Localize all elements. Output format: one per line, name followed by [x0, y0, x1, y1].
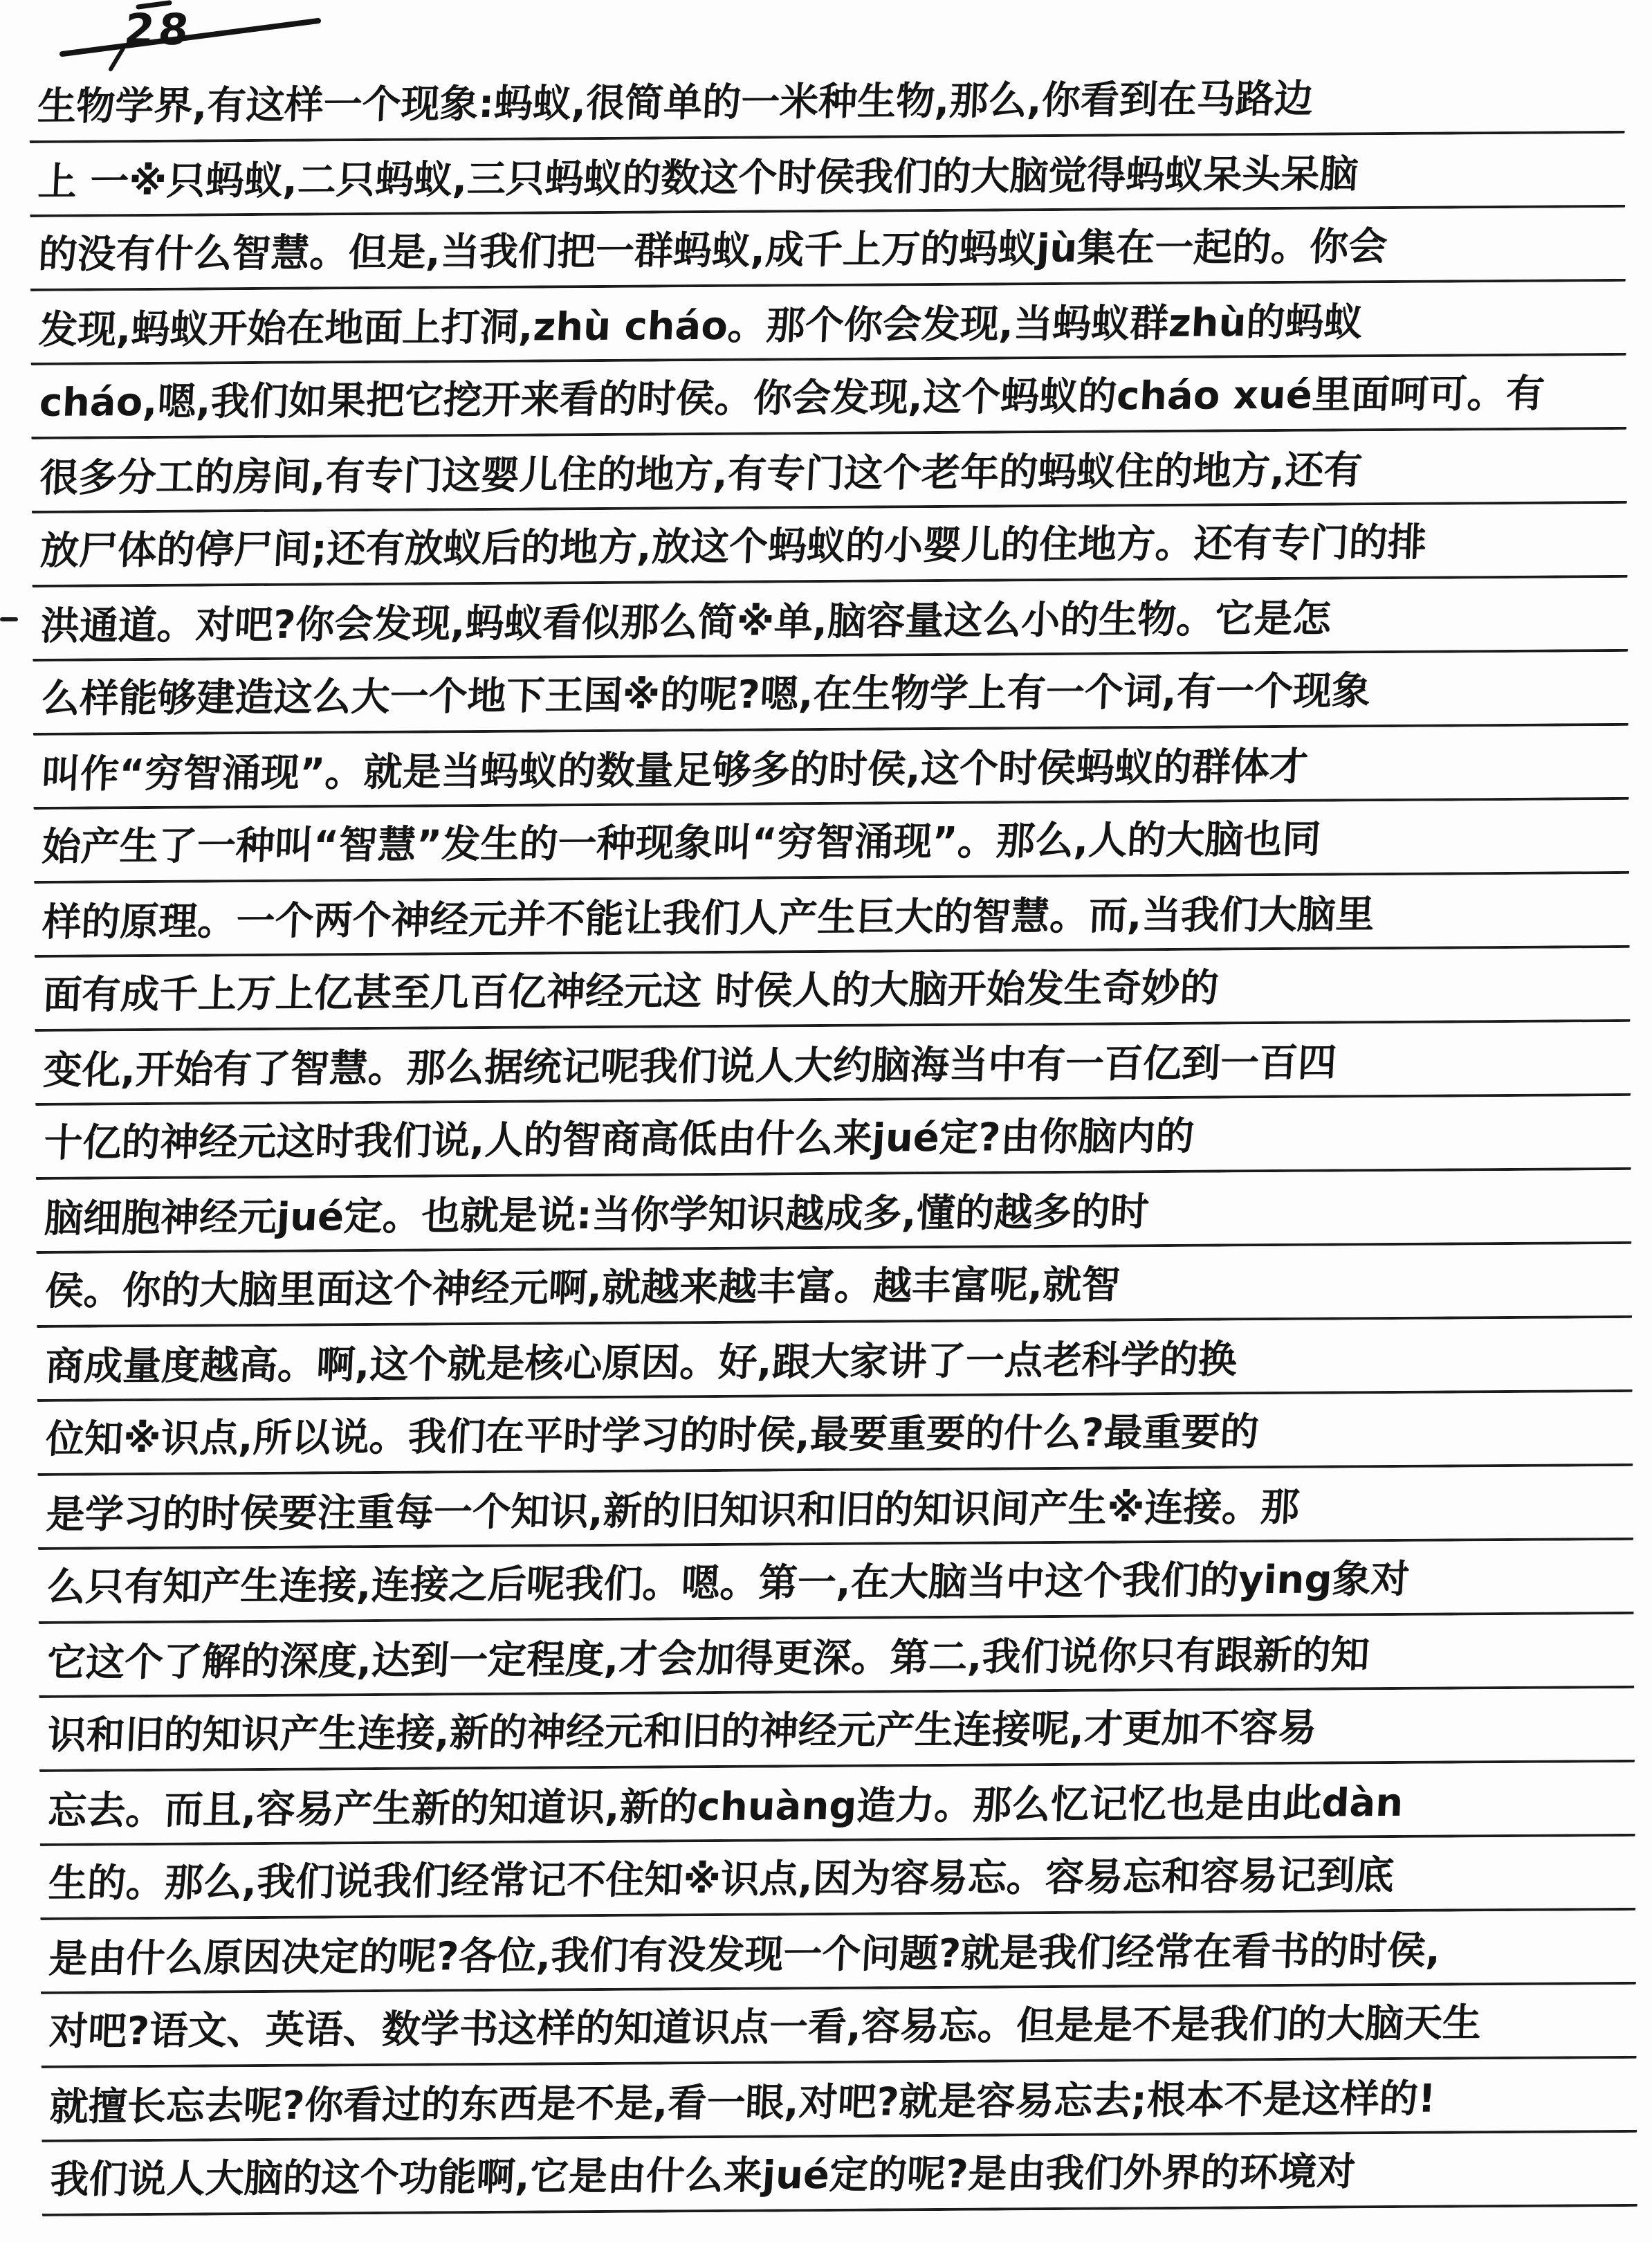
- line-text: 侯。你的大脑里面这个神经元啊,就越来越丰富。越丰富呢,就智: [44, 1253, 1122, 1324]
- line-text: 变化,开始有了智慧。那么据统记呢我们说人大约脑海当中有一百亿到一百四: [42, 1031, 1339, 1102]
- handwritten-line: 位知※识点,所以说。我们在平时学习的时侯,最要重要的什么?最重要的: [37, 1392, 1633, 1476]
- handwritten-line: 样的原理。一个两个神经元并不能让我们人产生巨大的智慧。而,当我们大脑里: [34, 874, 1630, 958]
- line-text: 忘去。而且,容易产生新的知道识,新的chuàng造力。那么忆记忆也是由此dàn: [46, 1771, 1404, 1843]
- handwritten-line: 变化,开始有了智慧。那么据统记呢我们说人大约脑海当中有一百亿到一百四: [35, 1022, 1631, 1106]
- line-text: 是由什么原因决定的呢?各位,我们有没发现一个问题?就是我们经常在看书的时侯,: [47, 1920, 1442, 1992]
- line-text: 叫作“穷智涌现”。就是当蚂蚁的数量足够多的时侯,这个时侯蚂蚁的群体才: [40, 736, 1310, 807]
- line-text: 十亿的神经元这时我们说,人的智商高低由什么来jué定?由你脑内的: [42, 1105, 1195, 1176]
- handwritten-page: 28 生物学界,有这样一个现象:蚂蚁,很简单的一米种生物,那么,你看到在马路边上…: [0, 0, 1652, 2242]
- handwritten-line: 对吧?语文、英语、数学书这样的知道识点一看,容易忘。但是是不是我们的大脑天生: [41, 1985, 1637, 2068]
- handwritten-line: 识和旧的知识产生连接,新的神经元和旧的神经元产生连接呢,才更加不容易: [39, 1688, 1635, 1772]
- handwritten-line: 放尸体的停尸间;还有放蚁后的地方,放这个蚂蚁的小婴儿的住地方。还有专门的排: [32, 504, 1628, 587]
- line-text: 么只有知产生连接,连接之后呢我们。嗯。第一,在大脑当中这个我们的ying象对: [45, 1548, 1411, 1620]
- line-text: 位知※识点,所以说。我们在平时学习的时侯,最要重要的什么?最重要的: [44, 1401, 1260, 1472]
- handwritten-line: 发现,蚂蚁开始在地面上打洞,zhù cháo。那个你会发现,当蚂蚁群zhù的蚂蚁: [30, 282, 1626, 365]
- line-text: 就擅长忘去呢?你看过的东西是不是,看一眼,对吧?就是容易忘去;根本不是这样的!: [48, 2068, 1438, 2140]
- handwritten-line: cháo,嗯,我们如果把它挖开来看的时侯。你会发现,这个蚂蚁的cháo xué里…: [31, 356, 1627, 439]
- line-text: 面有成千上万上亿甚至几百亿神经元这 时侯人的大脑开始发生奇妙的: [42, 957, 1220, 1028]
- line-text: 始产生了一种叫“智慧”发生的一种现象叫“穷智涌现”。那么,人的大脑也同: [41, 808, 1323, 880]
- handwritten-line: 面有成千上万上亿甚至几百亿神经元这 时侯人的大脑开始发生奇妙的: [35, 948, 1631, 1032]
- line-text: 上 一※只蚂蚁,二只蚂蚁,三只蚂蚁的数这个时侯我们的大脑觉得蚂蚁呆头呆脑: [37, 143, 1360, 215]
- line-text: 生物学界,有这样一个现象:蚂蚁,很简单的一米种生物,那么,你看到在马路边: [36, 68, 1314, 139]
- handwritten-line: 的没有什么智慧。但是,当我们把一群蚂蚁,成千上万的蚂蚁jù集在一起的。你会: [30, 208, 1626, 291]
- handwritten-line: 叫作“穷智涌现”。就是当蚂蚁的数量足够多的时侯,这个时侯蚂蚁的群体才: [33, 726, 1629, 810]
- line-text: 识和旧的知识产生连接,新的神经元和旧的神经元产生连接呢,才更加不容易: [46, 1697, 1319, 1768]
- line-text: 的没有什么智慧。但是,当我们把一群蚂蚁,成千上万的蚂蚁jù集在一起的。你会: [37, 215, 1389, 287]
- line-text: 放尸体的停尸间;还有放蚁后的地方,放这个蚂蚁的小婴儿的住地方。还有专门的排: [39, 511, 1428, 583]
- line-text: 很多分工的房间,有专门这婴儿住的地方,有专门这个老年的蚂蚁住的地方,还有: [38, 439, 1364, 511]
- line-text: 发现,蚂蚁开始在地面上打洞,zhù cháo。那个你会发现,当蚂蚁群zhù的蚂蚁: [37, 291, 1364, 363]
- handwritten-line: 十亿的神经元这时我们说,人的智商高低由什么来jué定?由你脑内的: [35, 1096, 1631, 1180]
- line-text: 是学习的时侯要注重每一个知识,新的旧知识和旧的知识间产生※连接。那: [45, 1476, 1301, 1547]
- line-text: 洪通道。对吧?你会发现,蚂蚁看似那么简※单,脑容量这么小的生物。它是怎: [39, 587, 1333, 659]
- line-text: 对吧?语文、英语、数学书这样的知道识点一看,容易忘。但是是不是我们的大脑天生: [48, 1992, 1483, 2064]
- handwritten-line: 我们说人大脑的这个功能啊,它是由什么来jué定的呢?是由我们外界的环境对: [42, 2133, 1637, 2216]
- handwritten-line: 脑细胞神经元jué定。也就是说:当你学知识越成多,懂的越多的时: [36, 1170, 1632, 1254]
- line-text: 它这个了解的深度,达到一定程度,才会加得更深。第二,我们说你只有跟新的知: [46, 1623, 1371, 1695]
- handwritten-line: 商成量度越高。啊,这个就是核心原因。好,跟大家讲了一点老科学的换: [37, 1318, 1633, 1402]
- handwritten-line: 上 一※只蚂蚁,二只蚂蚁,三只蚂蚁的数这个时侯我们的大脑觉得蚂蚁呆头呆脑: [30, 134, 1626, 217]
- handwritten-line: 是由什么原因决定的呢?各位,我们有没发现一个问题?就是我们经常在看书的时侯,: [40, 1911, 1636, 1994]
- line-text: 脑细胞神经元jué定。也就是说:当你学知识越成多,懂的越多的时: [43, 1181, 1150, 1251]
- handwritten-line: 忘去。而且,容易产生新的知道识,新的chuàng造力。那么忆记忆也是由此dàn: [39, 1762, 1635, 1846]
- handwritten-line: 么只有知产生连接,连接之后呢我们。嗯。第一,在大脑当中这个我们的ying象对: [38, 1540, 1634, 1624]
- handwritten-line: 生的。那么,我们说我们经常记不住知※识点,因为容易忘。容易忘和容易记到底: [40, 1837, 1636, 1920]
- handwritten-line: 它这个了解的深度,达到一定程度,才会加得更深。第二,我们说你只有跟新的知: [39, 1614, 1635, 1698]
- text-body: 生物学界,有这样一个现象:蚂蚁,很简单的一米种生物,那么,你看到在马路边上 一※…: [29, 60, 1637, 2216]
- handwritten-line: 就擅长忘去呢?你看过的东西是不是,看一眼,对吧?就是容易忘去;根本不是这样的!: [42, 2059, 1637, 2142]
- page-header: 28: [42, 0, 387, 76]
- line-text: cháo,嗯,我们如果把它挖开来看的时侯。你会发现,这个蚂蚁的cháo xué里…: [38, 363, 1546, 435]
- handwritten-line: 是学习的时侯要注重每一个知识,新的旧知识和旧的知识间产生※连接。那: [37, 1466, 1633, 1550]
- handwritten-line: 生物学界,有这样一个现象:蚂蚁,很简单的一米种生物,那么,你看到在马路边: [29, 60, 1625, 143]
- line-text: 么样能够建造这么大一个地下王国※的呢?嗯,在生物学上有一个词,有一个现象: [39, 659, 1372, 731]
- handwritten-line: 侯。你的大脑里面这个神经元啊,就越来越丰富。越丰富呢,就智: [36, 1244, 1632, 1328]
- line-text: 生的。那么,我们说我们经常记不住知※识点,因为容易忘。容易忘和容易记到底: [47, 1844, 1395, 1916]
- line-text: 样的原理。一个两个神经元并不能让我们人产生巨大的智慧。而,当我们大脑里: [41, 883, 1376, 955]
- handwritten-line: 么样能够建造这么大一个地下王国※的呢?嗯,在生物学上有一个词,有一个现象: [33, 652, 1628, 736]
- line-text: 我们说人大脑的这个功能啊,它是由什么来jué定的呢?是由我们外界的环境对: [49, 2140, 1357, 2212]
- handwritten-line: 很多分工的房间,有专门这婴儿住的地方,有专门这个老年的蚂蚁住的地方,还有: [31, 430, 1627, 513]
- strikethrough-mark: [42, 0, 387, 76]
- line-text: 商成量度越高。啊,这个就是核心原因。好,跟大家讲了一点老科学的换: [44, 1328, 1238, 1399]
- margin-tick: [0, 617, 18, 621]
- handwritten-line: 洪通道。对吧?你会发现,蚂蚁看似那么简※单,脑容量这么小的生物。它是怎: [33, 578, 1628, 662]
- handwritten-line: 始产生了一种叫“智慧”发生的一种现象叫“穷智涌现”。那么,人的大脑也同: [34, 800, 1630, 884]
